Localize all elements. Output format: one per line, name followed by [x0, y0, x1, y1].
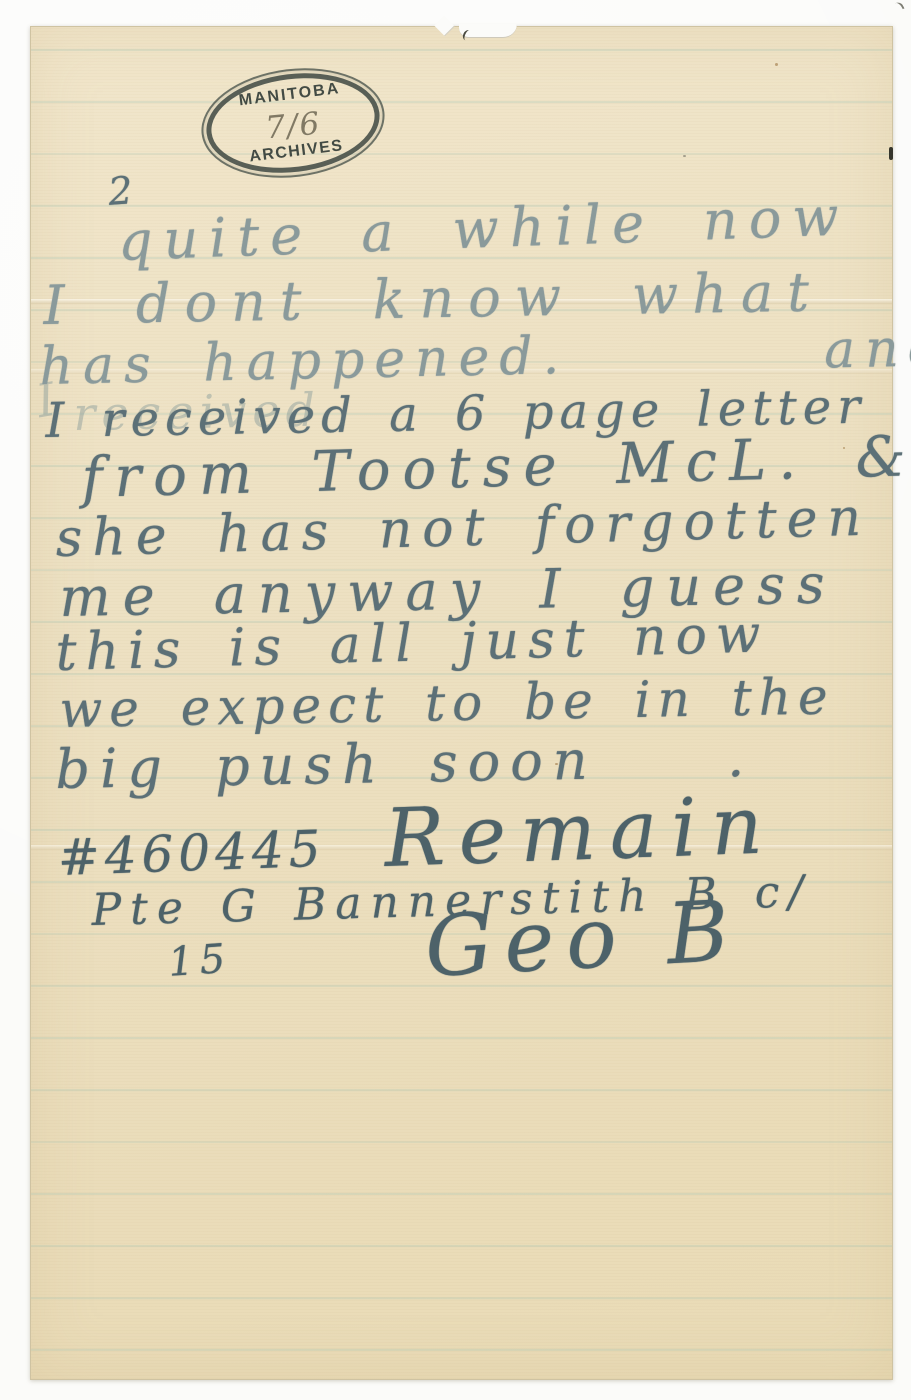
signature-name: Geo B	[423, 888, 743, 988]
scanner-background: MANITOBA 7/6 ARCHIVES 2 I received quite…	[0, 0, 911, 1400]
corner-pen-mark	[892, 0, 904, 12]
page-number: 2	[107, 171, 134, 211]
torn-nick	[434, 16, 455, 37]
paper-speck	[775, 63, 778, 66]
service-number: #460445	[57, 824, 326, 883]
archives-stamp: MANITOBA 7/6 ARCHIVES	[195, 58, 391, 188]
handwritten-line-1: quite a while now	[117, 189, 850, 269]
closing-word: Remain	[383, 785, 778, 879]
letter-paper: MANITOBA 7/6 ARCHIVES 2 I received quite…	[30, 26, 893, 1380]
signature-note: 15	[167, 939, 233, 983]
edge-ink-mark	[889, 147, 893, 160]
paper-speck	[683, 155, 686, 157]
